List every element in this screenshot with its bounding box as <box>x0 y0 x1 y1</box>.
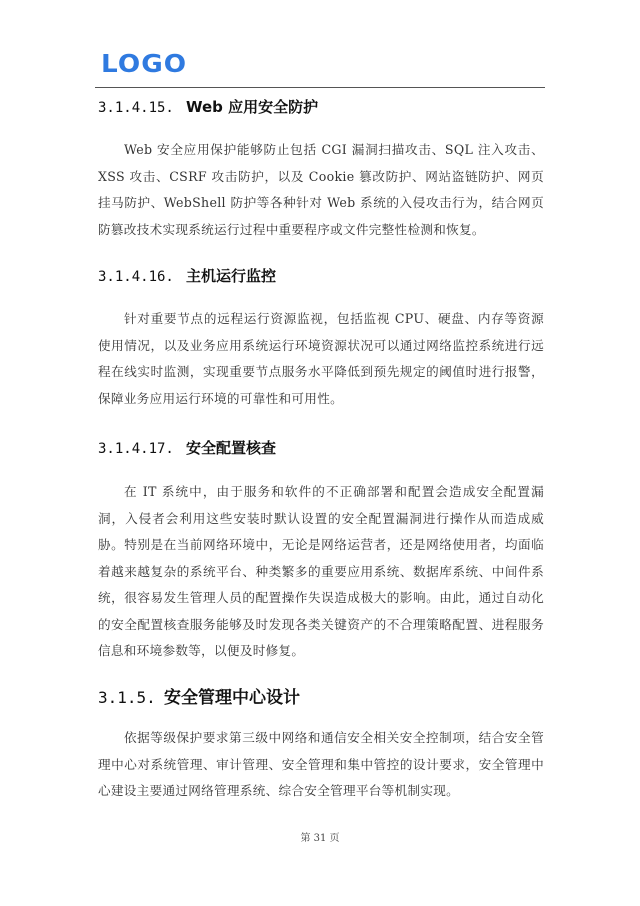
section-heading-3-1-4-16: 3.1.4.16.主机运行监控 <box>98 265 276 286</box>
section-paragraph: Web 安全应用保护能够防止包括 CGI 漏洞扫描攻击、SQL 注入攻击、XSS… <box>98 137 544 243</box>
section-number: 3.1.5. <box>98 688 164 707</box>
section-heading-3-1-5: 3.1.5.安全管理中心设计 <box>98 683 300 708</box>
section-paragraph: 针对重要节点的远程运行资源监视，包括监视 CPU、硬盘、内存等资源使用情况，以及… <box>98 306 544 412</box>
section-number: 3.1.4.16. <box>98 269 186 285</box>
section-heading-3-1-4-17: 3.1.4.17.安全配置核查 <box>98 437 276 458</box>
section-title: 安全管理中心设计 <box>164 688 300 708</box>
section-number: 3.1.4.17. <box>98 441 186 457</box>
section-heading-3-1-4-15: 3.1.4.15.Web 应用安全防护 <box>98 96 318 117</box>
section-title: 安全配置核查 <box>186 439 276 457</box>
section-paragraph: 依据等级保护要求第三级中网络和通信安全相关安全控制项，结合安全管理中心对系统管理… <box>98 725 544 805</box>
logo: LOGO <box>101 52 187 76</box>
section-title: Web 应用安全防护 <box>186 98 318 116</box>
section-number: 3.1.4.15. <box>98 100 186 116</box>
section-paragraph: 在 IT 系统中，由于服务和软件的不正确部署和配置会造成安全配置漏洞，入侵者会利… <box>98 479 544 665</box>
page-number: 第 31 页 <box>0 829 640 844</box>
section-title: 主机运行监控 <box>186 267 276 285</box>
header-divider <box>95 87 545 88</box>
